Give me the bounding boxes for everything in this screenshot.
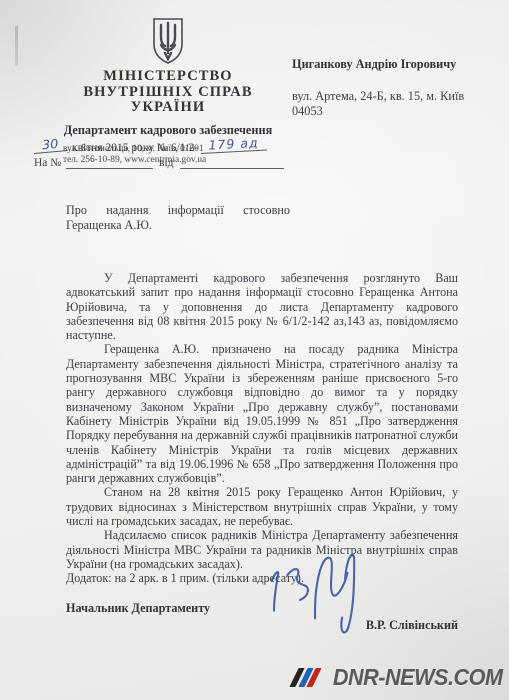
recipient-name: Циганкову Андрію Ігоровичу — [292, 57, 497, 72]
incoming-number-row: На № від — [34, 157, 284, 169]
vid-blank-line — [180, 157, 285, 169]
handwritten-day: 30 — [33, 135, 68, 154]
na-number-blank-line — [66, 157, 153, 169]
ministry-name-line1: МІНІСТЕРСТВО — [40, 69, 296, 85]
watermark: DNR-NEWS.COM — [294, 664, 503, 691]
letter-subject: Про надання інформації стосовно Геращенк… — [66, 203, 290, 233]
recipient-address-line2: 04053 — [292, 104, 497, 119]
scan-pen-mark — [15, 26, 18, 66]
ministry-name-line2: ВНУТРІШНІХ СПРАВ — [40, 85, 296, 101]
recipient-address-line1: вул. Артема, 24-Б, кв. 15, м. Київ — [292, 89, 497, 104]
na-number-label: На № — [34, 157, 61, 169]
handwritten-signature — [253, 540, 383, 657]
signer-position-title: Начальник Департаменту — [66, 601, 210, 632]
printed-date-number: квітня 2015 року № 6/1/2- — [68, 142, 201, 154]
vid-label: від — [159, 157, 173, 169]
body-paragraph-1: У Департаменті кадрового забезпечення ро… — [66, 271, 458, 342]
ministry-name-line3: УКРАЇНИ — [40, 100, 296, 116]
body-paragraph-3: Станом на 28 квітня 2015 року Геращенко … — [66, 485, 458, 528]
reference-block: 30 квітня 2015 року № 6/1/2- 179 ад На №… — [34, 138, 284, 169]
recipient-block: Циганкову Андрію Ігоровичу вул. Артема, … — [292, 57, 497, 119]
outgoing-number-row: 30 квітня 2015 року № 6/1/2- 179 ад — [34, 138, 284, 154]
watermark-text: DNR-NEWS.COM — [333, 664, 503, 691]
ukraine-trident-emblem-icon — [150, 16, 186, 66]
body-paragraph-2: Геращенка А.Ю. призначено на посаду радн… — [66, 342, 458, 485]
scanned-letter-page: МІНІСТЕРСТВО ВНУТРІШНІХ СПРАВ УКРАЇНИ Де… — [0, 0, 509, 700]
handwritten-number: 179 ад — [200, 135, 267, 154]
